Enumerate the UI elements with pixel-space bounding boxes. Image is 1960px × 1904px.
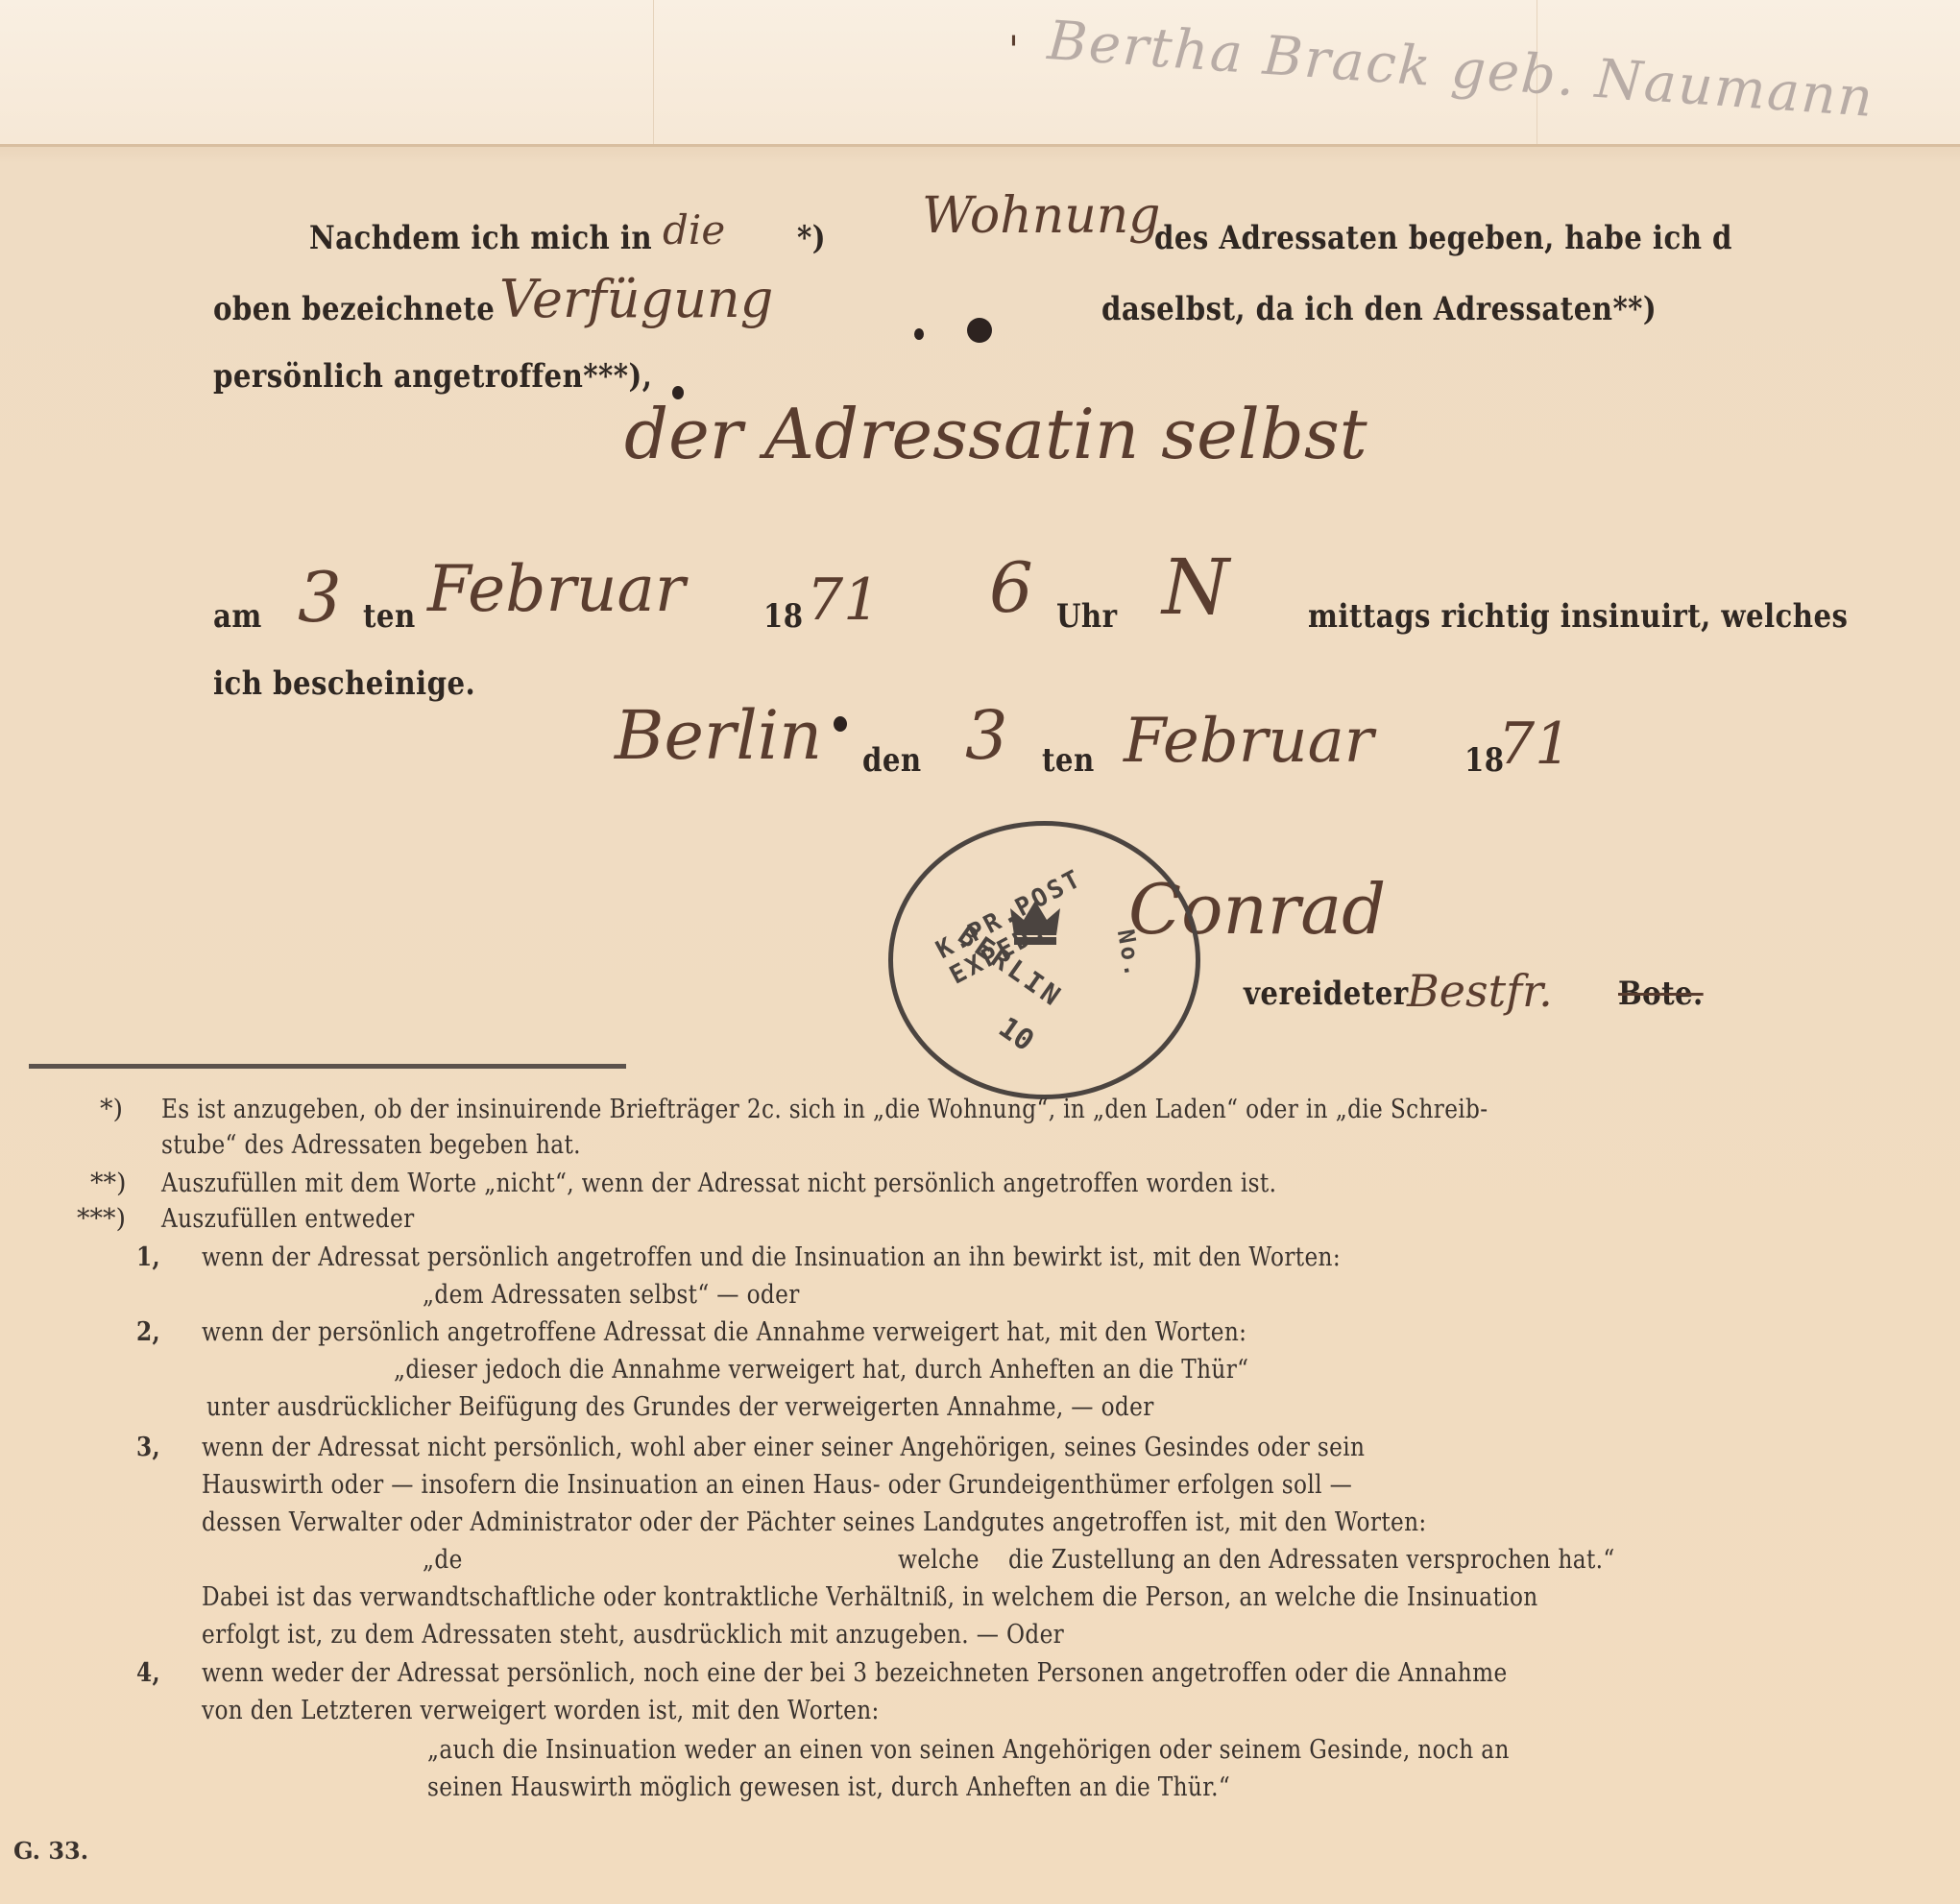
handwritten-verfuegung: Verfügung xyxy=(499,269,773,329)
option-line: unter ausdrücklicher Beifügung des Grund… xyxy=(206,1392,1154,1422)
option-line: wenn der Adressat nicht persönlich, wohl… xyxy=(202,1433,1365,1462)
footnote-line: stube“ des Adressaten begeben hat. xyxy=(161,1130,581,1160)
handwritten-der-adressatin-selbst: der Adressatin selbst xyxy=(624,394,1367,474)
footnote-mark: **) xyxy=(90,1169,127,1198)
form-number: G. 33. xyxy=(13,1837,88,1865)
option-line: „dem Adressaten selbst“ — oder xyxy=(423,1280,800,1310)
handwritten-sig-month: Februar xyxy=(1124,706,1373,777)
ink-blot xyxy=(834,716,847,732)
handwritten-day: 3 xyxy=(298,557,342,638)
option-line: wenn der persönlich angetroffene Adressa… xyxy=(202,1317,1246,1347)
handwritten-hour: 6 xyxy=(989,547,1033,628)
handwritten-die: die xyxy=(663,206,725,253)
option-line: wenn der Adressat persönlich angetroffen… xyxy=(202,1242,1341,1272)
text-ich-bescheinige: ich bescheinige. xyxy=(213,664,475,703)
option-line: dessen Verwalter oder Administrator oder… xyxy=(202,1507,1427,1537)
option-line: „auch die Insinuation weder an einen von… xyxy=(427,1735,1510,1765)
text-line2-suffix: daselbst, da ich den Adressaten**) xyxy=(1101,290,1657,328)
ink-blot xyxy=(914,328,924,340)
footnote-mark: *) xyxy=(100,1095,123,1124)
option-line: Dabei ist das verwandtschaftliche oder k… xyxy=(202,1582,1538,1612)
text-den: den xyxy=(862,741,922,780)
handwritten-year: 71 xyxy=(807,566,880,634)
option-line: die Zustellung an den Adressaten verspro… xyxy=(1008,1545,1615,1575)
option-line: Hauswirth oder — insofern die Insinuatio… xyxy=(202,1470,1352,1500)
option-line: seinen Hauswirth möglich gewesen ist, du… xyxy=(427,1772,1230,1802)
option-line: von den Letzteren verweigert worden ist,… xyxy=(202,1696,880,1725)
footnote-line: Auszufüllen entweder xyxy=(161,1204,415,1234)
text-year-prefix: 18 xyxy=(763,597,804,636)
option-number: 2, xyxy=(136,1317,160,1347)
ink-mark: ' xyxy=(1008,29,1019,73)
handwritten-nach: N xyxy=(1162,542,1229,632)
handwritten-wohnung: Wohnung xyxy=(922,187,1160,245)
text-line1-suffix: des Adressaten begeben, habe ich d xyxy=(1154,219,1732,257)
handwritten-sig-year: 71 xyxy=(1498,711,1571,778)
footnote-line: Auszufüllen mit dem Worte „nicht“, wenn … xyxy=(161,1169,1276,1198)
footnote-divider xyxy=(29,1064,626,1069)
footnote-line: Es ist anzugeben, ob der insinuirende Br… xyxy=(161,1095,1488,1124)
footnote-mark-1: *) xyxy=(797,219,826,257)
option-line: „dieser jedoch die Annahme verweigert ha… xyxy=(394,1355,1248,1385)
text-line5-suffix: mittags richtig insinuirt, welches xyxy=(1308,597,1848,636)
text-ten: ten xyxy=(363,597,416,636)
stamp-right-text: No. xyxy=(1112,928,1148,981)
struck-bote: Bote. xyxy=(1618,975,1704,1013)
option-number: 1, xyxy=(136,1242,160,1272)
text-sig-ten: ten xyxy=(1042,741,1095,780)
option-line: erfolgt ist, zu dem Adressaten steht, au… xyxy=(202,1620,1064,1650)
postal-cancellation-stamp: K.PR.POST EXPED. No. BERLIN 10 xyxy=(888,821,1200,1099)
text-line1-prefix: Nachdem ich mich in xyxy=(309,219,652,257)
text-am: am xyxy=(213,597,262,636)
text-uhr: Uhr xyxy=(1056,597,1117,636)
option-line: welche xyxy=(898,1545,980,1575)
option-line: „de xyxy=(423,1545,463,1575)
footnote-mark: ***) xyxy=(77,1204,126,1234)
paper-crease xyxy=(653,0,654,144)
ink-blot xyxy=(967,318,992,343)
text-line2-prefix: oben bezeichnete xyxy=(213,290,495,328)
text-vereideter: vereideter xyxy=(1244,975,1409,1013)
handwritten-month: Februar xyxy=(427,552,685,626)
handwritten-sig-day: 3 xyxy=(965,696,1008,775)
handwritten-place: Berlin xyxy=(615,696,822,775)
option-line: wenn weder der Adressat persönlich, noch… xyxy=(202,1658,1508,1688)
option-number: 3, xyxy=(136,1433,160,1462)
handwritten-role: Bestfr. xyxy=(1407,965,1553,1017)
stamp-number: 10 xyxy=(992,1011,1040,1058)
text-line3: persönlich angetroffen***), xyxy=(213,357,652,396)
crown-icon xyxy=(1006,893,1064,951)
option-number: 4, xyxy=(136,1658,160,1688)
